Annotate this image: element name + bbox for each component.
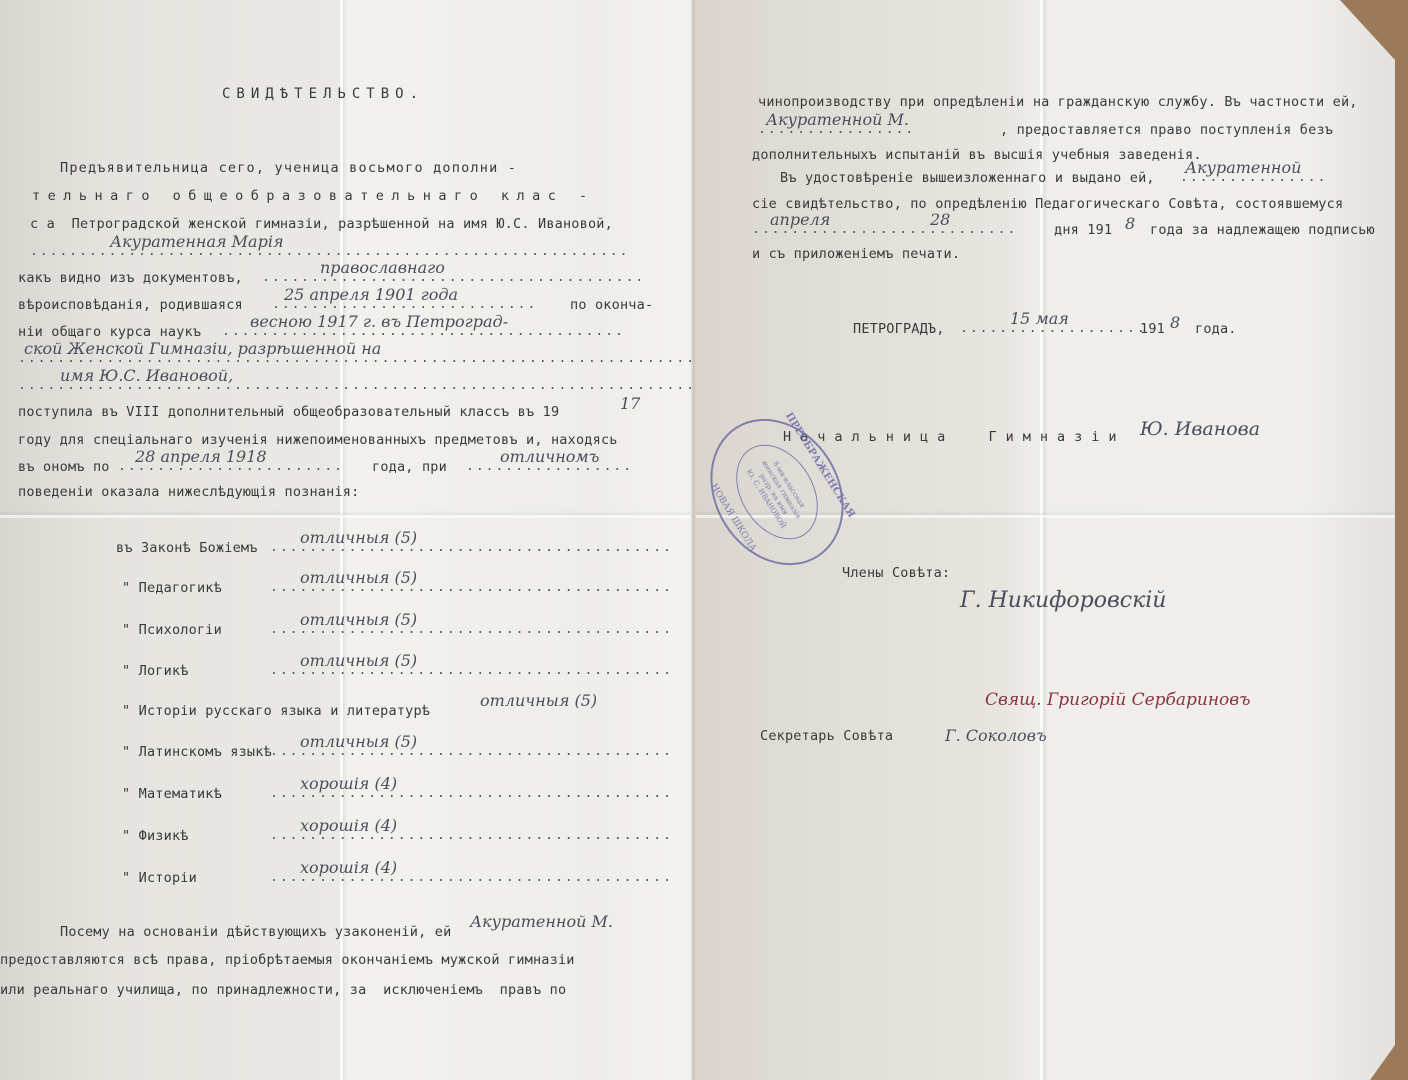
school-seal: ПРЕОБРАЖЕНСКАЯ 8-ми-классная женская гим… [684,394,871,590]
right-line: дополнительныхъ испытаній въ высшія учеб… [752,147,1202,163]
birth-tail: по оконча- [570,297,653,313]
place-year-tail: года. [1195,321,1237,337]
subject-grade: отличныя (5) [480,691,597,710]
entry-line: поступила въ VIII дополнительный общеобр… [18,404,559,420]
subject-name: " Исторіи русскаго языка и литературѣ [122,703,438,719]
subject-grade: хорошія (4) [300,774,397,793]
right-line: чинопроизводству при опредѣленіи на граж… [758,94,1358,110]
course-value: ской Женской Гимназіи, разрѣшенной на [24,339,381,358]
subject-grade: отличныя (5) [300,610,417,629]
member-signature: Г. Никифоровскій [960,588,1166,613]
subject-grade: отличныя (5) [300,568,417,587]
entry-year: 17 [620,394,640,413]
fold-crease [0,515,1395,518]
subject-grade: хорошія (4) [300,858,397,877]
subject-grade: хорошія (4) [300,816,397,835]
knowledge-label: поведеніи оказала нижеслѣдующія познанія… [18,484,359,500]
subject-name: " Латинскомъ языкѣ [122,744,280,760]
member-signature-red: Свящ. Григорій Сербариновъ [985,690,1251,710]
right-line: Въ удостовѣреніе вышеизложеннаго и выдан… [780,170,1155,186]
certificate-sheet: СВИДѢТЕЛЬСТВО. Предъявительница сего, уч… [0,0,1395,1080]
rights-line: или реальнаго училища, по принадлежности… [0,982,566,998]
council-month: апреля [770,210,830,229]
subject-name: " Математикѣ [122,786,230,802]
docs-label: какъ видно изъ документовъ, [18,270,243,286]
place-date: 15 мая [1010,309,1069,328]
right-line: сіе свидѣтельство, по опредѣленію Педаго… [752,196,1343,212]
members-label: Члены Совѣта: [842,565,950,581]
entry-line: году для спеціальнаго изученія нижепоиме… [18,432,618,448]
subject-grade: отличныя (5) [300,651,417,670]
right-line: , предоставляется право поступленія безъ [1000,122,1333,138]
place-year-digit: 8 [1170,313,1180,332]
right-name-2: Акуратенной [1185,158,1301,177]
stay-label: въ ономъ по [18,459,110,475]
right-line: дня 191 [1054,222,1112,238]
subject-name: " Физикѣ [122,828,197,844]
intro-line: тельнаго общеобразовательнаго клас - [32,188,595,204]
right-name-1: Акуратенной М. [766,110,909,129]
council-day: 28 [930,210,950,229]
rights-line: Посему на основаніи дѣйствующихъ узаконе… [60,924,451,940]
subject-name: " Исторіи [122,870,205,886]
student-name: Акуратенная Марія [110,232,284,251]
rights-name: Акуратенной М. [470,912,613,931]
subject-name: " Логикѣ [122,663,197,679]
religion-value: православнаго [320,258,445,277]
course-label: ніи общаго курса наукъ [18,324,201,340]
intro-line: с а Петроградской женской гимназіи, разр… [30,216,613,232]
rights-line: предоставляются всѣ права, пріобрѣтаемыя… [0,952,575,968]
subject-grade: отличныя (5) [300,732,417,751]
center-seam [690,0,696,1080]
subject-grade: отличныя (5) [300,528,417,547]
council-year: 8 [1125,214,1135,233]
place-label: ПЕТРОГРАДЪ, [853,321,945,337]
document-title: СВИДѢТЕЛЬСТВО. [222,86,424,102]
secretary-label: Секретарь Совѣта [760,728,893,744]
head-signature: Ю. Иванова [1140,418,1260,440]
place-year: 191 [1140,321,1165,337]
stay-mid: года, при [372,459,447,475]
right-line: и съ приложеніемъ печати. [752,246,960,262]
subject-name: " Педагогикѣ [122,580,230,596]
subject-name: " Психологіи [122,622,230,638]
course-value: имя Ю.С. Ивановой, [60,366,233,385]
subject-name: въ Законѣ Божіемъ [116,540,266,556]
stay-date: 28 апреля 1918 [135,447,267,466]
behavior-value: отличномъ [500,447,599,466]
intro-line: Предъявительница сего, ученица восьмого … [60,160,517,176]
birth-date: 25 апреля 1901 года [284,285,458,304]
secretary-signature: Г. Соколовъ [945,726,1047,745]
head-label: Начальница Гимназіи [783,429,1126,445]
religion-label: вѣроисповѣданія, родившаяся [18,297,243,313]
course-value: весною 1917 г. въ Петроград- [250,312,508,331]
right-line: года за надлежащею подписью [1150,222,1375,238]
